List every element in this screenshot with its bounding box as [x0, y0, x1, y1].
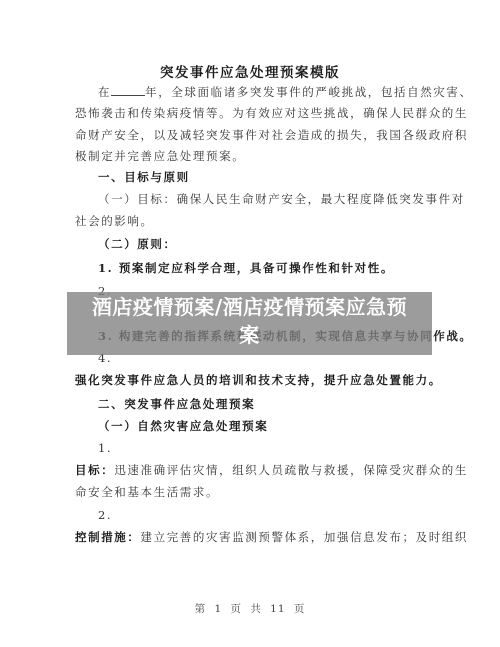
item-2-line-1: 控制措施：建立完善的灾害监测预警体系，加强信息发布；及时组织 — [75, 529, 427, 545]
principle-1: 1. 预案制定应科学合理，具备可操作性和针对性。 — [98, 260, 450, 276]
section1-heading: 一、目标与原则 — [98, 169, 450, 185]
intro-line-2: 恐怖袭击和传染病疫情等。为有效应对这些挑战，确保人民群众的生 — [75, 105, 427, 121]
item-1-num: 1. — [98, 440, 450, 456]
item-2-text: 建立完善的灾害监测预警体系，加强信息发布；及时组织 — [141, 530, 469, 544]
item-1-line-2: 命安全和基本生活需求。 — [75, 484, 427, 500]
goal-line-1: （一）目标：确保人民生命财产安全，最大程度降低突发事件对 — [98, 191, 450, 207]
principle-4-text: 强化突发事件应急人员的培训和技术支持，提升应急处置能力。 — [75, 372, 427, 388]
item-2-num: 2. — [98, 507, 450, 523]
principles-heading: （二）原则： — [98, 236, 450, 252]
item-2-label: 控制措施： — [75, 530, 141, 544]
intro-suffix: 年，全球面临诸多突发事件的严峻挑战，包括自然灾害、 — [145, 85, 473, 99]
principle-1-text: 预案制定应科学合理，具备可操作性和针对性。 — [119, 261, 394, 275]
intro-prefix: 在 — [98, 85, 111, 99]
subsection-natural-disaster-heading: （一）自然灾害应急处理预案 — [98, 418, 450, 434]
item-1-label: 目标： — [75, 463, 114, 477]
overlay-title-line-1: 酒店疫情预案/酒店疫情预案应急预 — [67, 293, 432, 321]
item-1-line-1: 目标：迅速准确评估灾情，组织人员疏散与救援，保障受灾群众的生 — [75, 462, 427, 478]
intro-line-1: 在年，全球面临诸多突发事件的严峻挑战，包括自然灾害、 — [98, 84, 450, 100]
principle-1-num: 1. — [98, 261, 113, 275]
page-footer: 第 1 页 共 11 页 — [0, 601, 500, 616]
goal-line-2: 社会的影响。 — [75, 213, 427, 229]
intro-line-4: 极制定并完善应急处理预案。 — [75, 148, 427, 164]
intro-line-3: 命财产安全，以及减轻突发事件对社会造成的损失，我国各级政府积 — [75, 127, 427, 143]
document-title: 突发事件应急处理预案模版 — [0, 61, 500, 81]
year-blank — [111, 84, 145, 96]
section2-heading: 二、突发事件应急处理预案 — [98, 396, 450, 412]
overlay-title-line-2: 案 — [67, 321, 432, 349]
item-1-text: 迅速准确评估灾情，组织人员疏散与救援，保障受灾群众的生 — [114, 463, 468, 477]
overlay-title[interactable]: 酒店疫情预案/酒店疫情预案应急预 案 — [67, 293, 432, 349]
